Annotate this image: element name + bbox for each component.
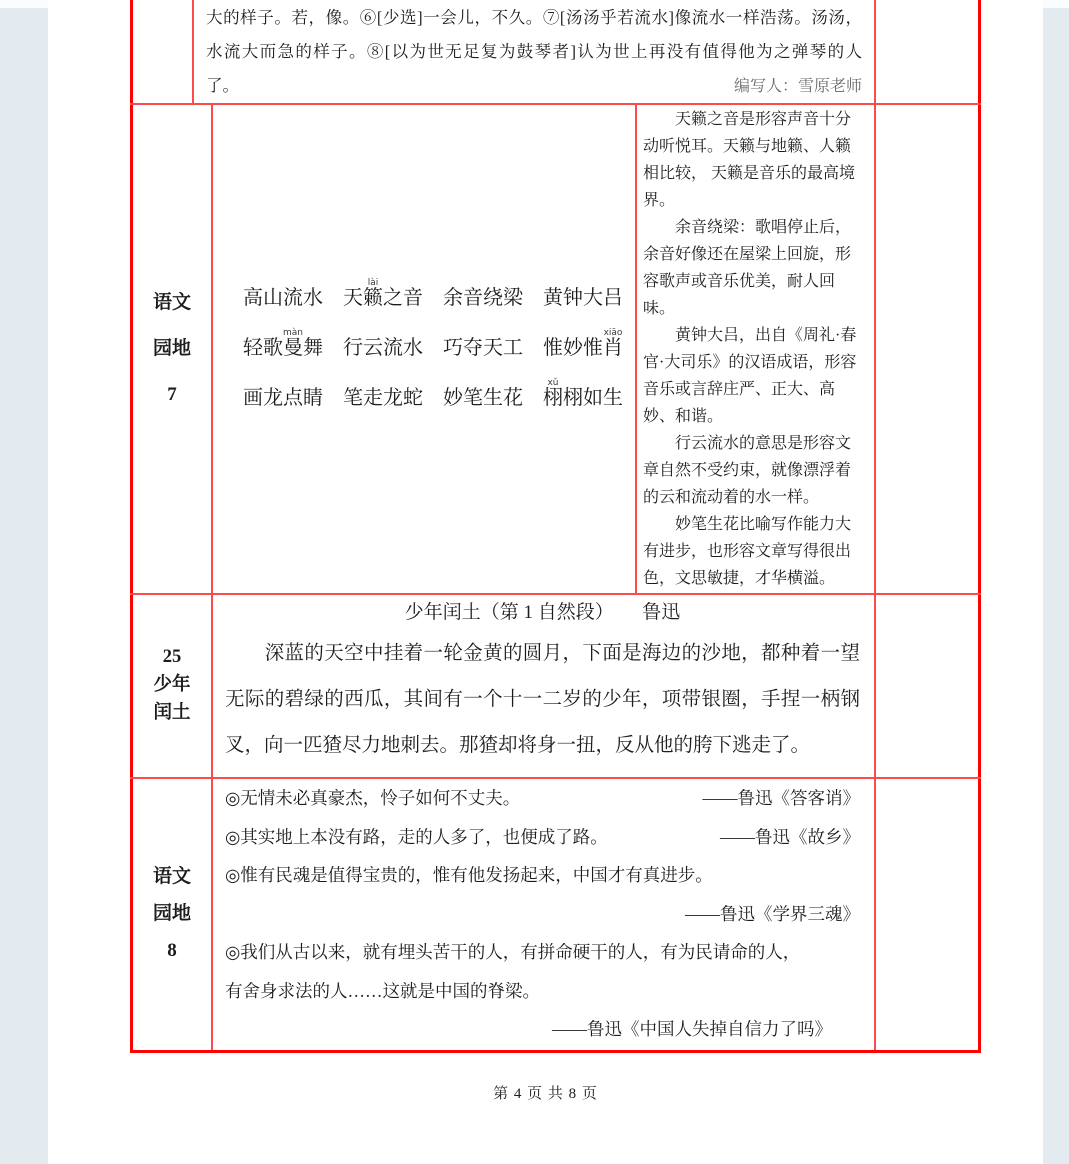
cell-notes-continuation: 大的样子。若，像。⑥[少选]一会儿，不久。⑦[汤汤乎若流水]像流水一样浩荡。汤汤… bbox=[194, 0, 874, 103]
quote-line: ——鲁迅《学界三魂》 bbox=[225, 895, 860, 934]
quote-text: 有舍身求法的人……这就是中国的脊梁。 bbox=[225, 972, 540, 1011]
table-border-right bbox=[978, 0, 981, 1053]
study-table: 大的样子。若，像。⑥[少选]一会儿，不久。⑦[汤汤乎若流水]像流水一样浩荡。汤汤… bbox=[130, 0, 981, 1053]
unit-number: 8 bbox=[167, 940, 177, 961]
quote-line: ◎惟有民魂是值得宝贵的，惟有他发扬起来，中国才有真进步。 bbox=[225, 856, 860, 895]
idiom-line: 高山流水 天籁lài之音 余音绕梁 黄钟大吕 bbox=[243, 287, 635, 310]
pinyin-annotation: zhòng bbox=[777, 631, 804, 632]
ruby-annotated-char: 柄bǐng bbox=[821, 677, 841, 723]
text-line: 水流大而急的样子。⑧[以为世无足复为鼓琴者]认为世上再没有值得他为之弹琴的人 bbox=[206, 35, 862, 69]
idiom-line: 轻歌曼màn舞 行云流水 巧夺天工 惟妙惟肖xiāo bbox=[243, 337, 635, 360]
note-paragraph: 余音绕梁：歌唱停止后，余音好像还在屋梁上回旋，形容歌声或音乐优美，耐人回味。 bbox=[643, 214, 866, 322]
pinyin-annotation: xiāo bbox=[604, 328, 623, 338]
lesson-title: 少年 bbox=[153, 675, 190, 696]
note-paragraph: 行云流水的意思是形容文章自然不受约束，就像漂浮着的云和流动着的水一样。 bbox=[643, 430, 866, 511]
quote-line: ◎我们从古以来，就有埋头苦干的人，有拼命硬干的人，有为民请命的人， bbox=[225, 933, 860, 972]
quote-source: ——鲁迅《答客诮》 bbox=[703, 779, 861, 818]
cell-lesson25-header: 25 少年 闰土 bbox=[133, 593, 211, 777]
grid-line-right-column bbox=[874, 0, 876, 1050]
text-line: 大的样子。若，像。⑥[少选]一会儿，不久。⑦[汤汤乎若流水]像流水一样浩荡。汤汤… bbox=[206, 1, 862, 35]
text-fragment: 了。 bbox=[206, 69, 239, 103]
note-paragraph: 天籁之音是形容声音十分动听悦耳。天籁与地籁、人籁相比较， 天籁是音乐的最高境界。 bbox=[643, 106, 866, 214]
quote-text: ◎我们从古以来，就有埋头苦干的人，有拼命硬干的人，有为民请命的人， bbox=[225, 933, 800, 972]
quote-text: ◎惟有民魂是值得宝贵的，惟有他发扬起来，中国才有真进步。 bbox=[225, 856, 713, 895]
unit-label: 园地 bbox=[153, 903, 191, 924]
pinyin-annotation: màn bbox=[283, 328, 303, 338]
ruby-annotated-char: 种zhòng bbox=[781, 631, 801, 677]
pinyin-annotation: bǐng bbox=[821, 677, 841, 678]
quote-text: ◎无情未必真豪杰，怜子如何不丈夫。 bbox=[225, 779, 520, 818]
text-line: 了。 编写人：雪原老师 bbox=[206, 69, 862, 103]
cell-lesson25-passage: 少年闰土（第 1 自然段） 鲁迅 深蓝的天空中挂着一轮金黄的圆月，下面是海边的沙… bbox=[211, 593, 874, 777]
cell-unit8-header: 语文 园地 8 bbox=[133, 777, 211, 1050]
quote-line: ◎无情未必真豪杰，怜子如何不丈夫。 ——鲁迅《答客诮》 bbox=[225, 779, 860, 818]
lesson-title: 闰土 bbox=[153, 703, 190, 724]
cell-unit7-header: 语文 园地 7 bbox=[133, 103, 211, 593]
ruby-annotated-char: 曼màn bbox=[283, 337, 303, 360]
cell-unit7-idioms: 高山流水 天籁lài之音 余音绕梁 黄钟大吕 轻歌曼màn舞 行云流水 巧夺天工… bbox=[211, 103, 635, 593]
unit-label: 语文 bbox=[153, 866, 191, 887]
unit-number: 7 bbox=[167, 384, 177, 405]
viewer-background-left bbox=[0, 8, 48, 1164]
passage-line: 叉，向一匹猹chá尽力地刺去。那猹却将身一扭，反从他的胯下逃走了。 bbox=[225, 723, 860, 769]
quote-line: ◎其实地上本没有路，走的人多了，也便成了路。 ——鲁迅《故乡》 bbox=[225, 818, 860, 857]
ruby-annotated-char: 猹chá bbox=[323, 723, 343, 769]
idiom-line: 画龙点睛 笔走龙蛇 妙笔生花 栩xǔ栩如生 bbox=[243, 387, 635, 410]
page-number: 第 4 页 共 8 页 bbox=[48, 1082, 1043, 1103]
ruby-annotated-char: 籁lài bbox=[363, 287, 383, 310]
quote-text: ◎其实地上本没有路，走的人多了，也便成了路。 bbox=[225, 818, 608, 857]
quote-source: ——鲁迅《中国人失掉自信力了吗》 bbox=[552, 1010, 832, 1049]
quote-line: ——鲁迅《中国人失掉自信力了吗》 bbox=[225, 1010, 860, 1049]
viewer-background-right bbox=[1043, 8, 1069, 1164]
cell-unit7-notes: 天籁之音是形容声音十分动听悦耳。天籁与地籁、人籁相比较， 天籁是音乐的最高境界。… bbox=[635, 103, 874, 593]
lesson-number: 25 bbox=[163, 647, 182, 668]
note-paragraph: 黄钟大吕，出自《周礼·春官·大司乐》的汉语成语，形容音乐或言辞庄严、正大、高妙、… bbox=[643, 322, 866, 430]
quote-line: 有舍身求法的人……这就是中国的脊梁。 bbox=[225, 972, 860, 1011]
document-page[interactable]: 大的样子。若，像。⑥[少选]一会儿，不久。⑦[汤汤乎若流水]像流水一样浩荡。汤汤… bbox=[48, 0, 1043, 1164]
pinyin-annotation: chá bbox=[324, 723, 340, 724]
unit-label: 园地 bbox=[153, 338, 191, 359]
passage-title: 少年闰土（第 1 自然段） 鲁迅 bbox=[225, 595, 860, 631]
passage-line: 无际的碧绿的西瓜，其间有一个十一二岁的少年，项xiàng带银圈，手捏一柄bǐng… bbox=[225, 677, 860, 723]
quote-source: ——鲁迅《学界三魂》 bbox=[685, 895, 860, 934]
pinyin-annotation: lài bbox=[368, 278, 379, 288]
quote-source: ——鲁迅《故乡》 bbox=[720, 818, 860, 857]
passage-line: 深蓝的天空中挂着一轮金黄的圆月，下面是海边的沙地，都种zhòng着一望 bbox=[225, 631, 860, 677]
ruby-annotated-char: 项xiàng bbox=[662, 677, 682, 723]
ruby-annotated-char: 栩xǔ bbox=[543, 387, 563, 410]
table-border-bottom bbox=[130, 1050, 981, 1053]
unit-label: 语文 bbox=[153, 292, 191, 313]
ruby-annotated-char: 肖xiāo bbox=[603, 337, 623, 360]
author-byline: 编写人：雪原老师 bbox=[734, 70, 862, 103]
pinyin-annotation: xiàng bbox=[659, 677, 684, 678]
note-paragraph: 妙笔生花比喻写作能力大有进步，也形容文章写得很出色，文思敏捷，才华横溢。 bbox=[643, 511, 866, 592]
cell-unit8-quotes: ◎无情未必真豪杰，怜子如何不丈夫。 ——鲁迅《答客诮》 ◎其实地上本没有路，走的… bbox=[211, 777, 874, 1050]
pinyin-annotation: xǔ bbox=[547, 378, 558, 388]
